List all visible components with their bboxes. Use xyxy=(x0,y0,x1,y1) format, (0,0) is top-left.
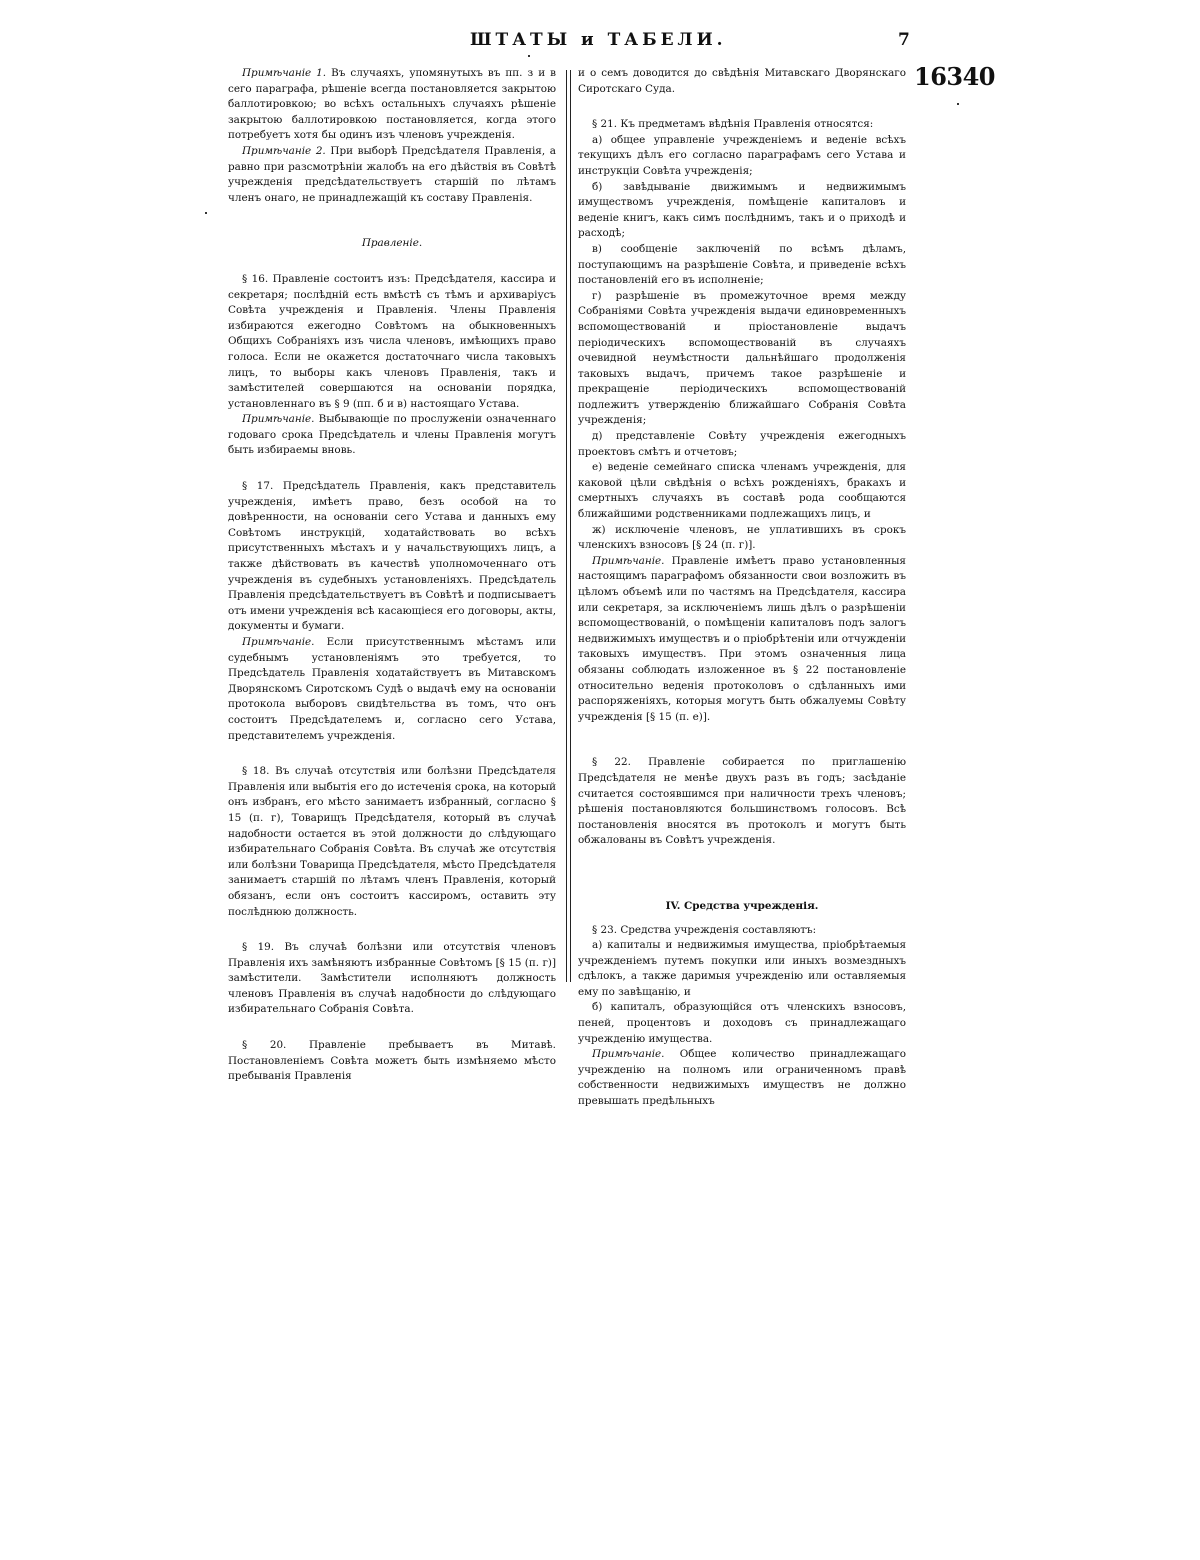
paragraph-20: § 20. Правленіе пребываетъ въ Митавѣ. По… xyxy=(228,1038,556,1085)
paragraph-21-intro: § 21. Къ предметамъ вѣдѣнія Правленія от… xyxy=(578,117,906,133)
paragraph-23-note: Примѣчаніе. Общее количество принадлежащ… xyxy=(578,1047,906,1109)
page-number: 7 xyxy=(898,30,910,50)
paragraph-21-item-v: в) сообщеніе заключеній по всѣмъ дѣламъ,… xyxy=(578,242,906,289)
paragraph-23-item-b: б) капиталъ, образующійся отъ членскихъ … xyxy=(578,1000,906,1047)
section-heading-funds: IV. Средства учрежденія. xyxy=(578,899,906,915)
section-heading-board: Правленіе. xyxy=(228,236,556,252)
right-column: и о семъ доводится до свѣдѣнія Митавскаг… xyxy=(578,66,906,1110)
paragraph-21-item-g: г) разрѣшеніе въ промежуточное время меж… xyxy=(578,289,906,429)
note-text: Правленіе имѣетъ право установленныя нас… xyxy=(578,555,906,723)
paragraph-21-item-d: д) представленіе Совѣту учрежденія ежего… xyxy=(578,429,906,460)
note-label: Примѣчаніе. xyxy=(242,636,314,648)
paragraph-23-intro: § 23. Средства учрежденія составляютъ: xyxy=(578,923,906,939)
continuation-text: и о семъ доводится до свѣдѣнія Митавскаг… xyxy=(578,66,906,97)
paragraph-17-note: Примѣчаніе. Если присутственнымъ мѣстамъ… xyxy=(228,635,556,744)
paragraph-21-item-e: е) веденіе семейнаго списка членамъ учре… xyxy=(578,460,906,522)
scan-speck xyxy=(957,103,959,105)
paragraph-16-note: Примѣчаніе. Выбывающіе по прослуженіи оз… xyxy=(228,412,556,459)
paragraph-17: § 17. Предсѣдатель Правленія, какъ предс… xyxy=(228,479,556,635)
paragraph-23-item-a: а) капиталы и недвижимыя имущества, пріо… xyxy=(578,938,906,1000)
paragraph-16: § 16. Правленіе состоитъ изъ: Предсѣдате… xyxy=(228,272,556,412)
paragraph-21-item-a: а) общее управленіе учрежденіемъ и веден… xyxy=(578,133,906,180)
paragraph-21-note: Примѣчаніе. Правленіе имѣетъ право устан… xyxy=(578,554,906,726)
column-divider xyxy=(566,70,571,982)
note-label: Примѣчаніе. xyxy=(242,413,314,425)
note-label: Примѣчаніе. xyxy=(592,555,664,567)
note-label: Примѣчаніе 2. xyxy=(242,145,326,157)
scan-speck xyxy=(528,55,530,57)
paragraph-21-item-zh: ж) исключеніе членовъ, не уплатившихъ въ… xyxy=(578,523,906,554)
scan-speck xyxy=(205,212,207,214)
page-header: ШТАТЫ и ТАБЕЛИ. 7 xyxy=(0,30,1200,60)
note-label: Примѣчаніе 1. xyxy=(242,67,326,79)
running-title: ШТАТЫ и ТАБЕЛИ. xyxy=(470,30,727,50)
paragraph-21-item-b: б) завѣдываніе движимымъ и недвижимымъ и… xyxy=(578,180,906,242)
paragraph-18: § 18. Въ случаѣ отсутствія или болѣзни П… xyxy=(228,764,556,920)
paragraph-19: § 19. Въ случаѣ болѣзни или отсутствія ч… xyxy=(228,940,556,1018)
left-column: Примѣчаніе 1. Въ случаяхъ, упомянутыхъ в… xyxy=(228,66,556,1085)
note-2: Примѣчаніе 2. При выборѣ Предсѣдателя Пр… xyxy=(228,144,556,206)
note-1: Примѣчаніе 1. Въ случаяхъ, упомянутыхъ в… xyxy=(228,66,556,144)
note-text: Если присутственнымъ мѣстамъ или судебны… xyxy=(228,636,556,742)
note-label: Примѣчаніе. xyxy=(592,1048,664,1060)
paragraph-22: § 22. Правленіе собирается по приглашені… xyxy=(578,755,906,849)
document-number: 16340 xyxy=(914,62,995,91)
